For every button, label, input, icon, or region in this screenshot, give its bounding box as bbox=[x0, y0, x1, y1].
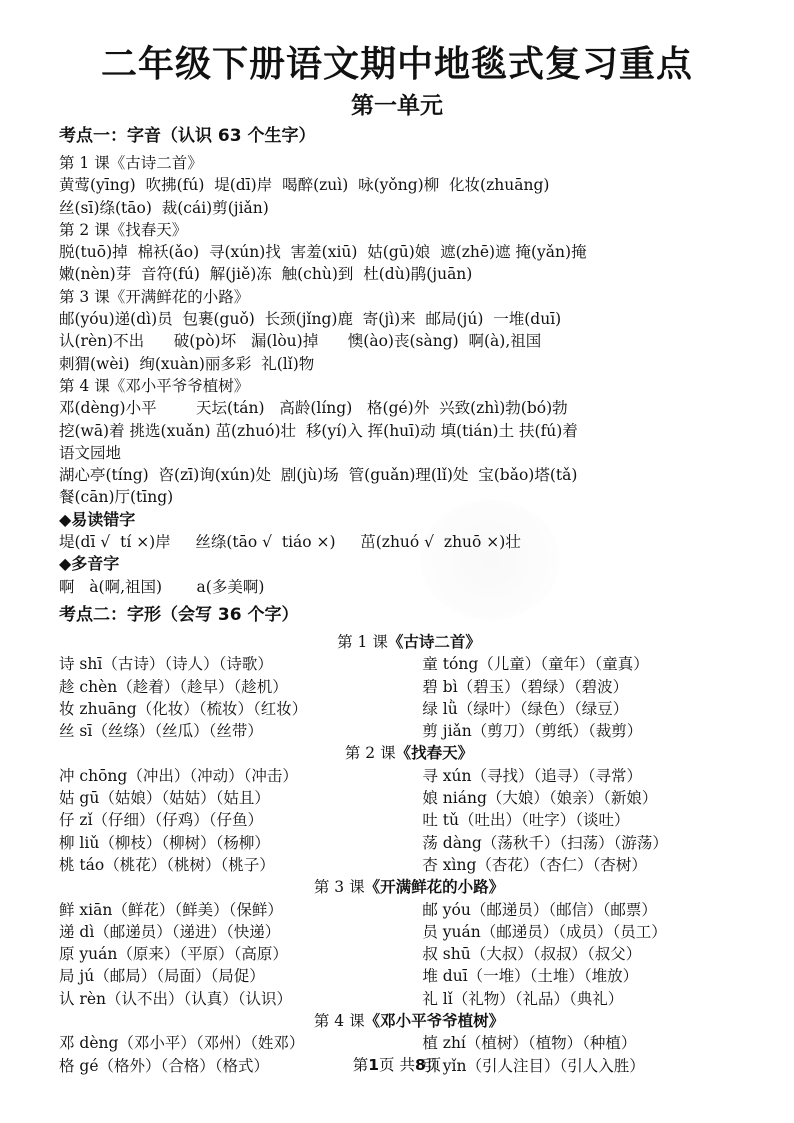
page-number: 1 bbox=[368, 1056, 379, 1074]
easy-misread-line: 堤(dī √ tí ×)岸 丝绦(tāo √ tiáo ×) 茁(zhuó √ … bbox=[59, 531, 759, 553]
word-entry: 丝 sī（丝绦）（丝瓜）（丝带） bbox=[59, 720, 422, 742]
word-entry: 寻 xún（寻找）（追寻）（寻常） bbox=[422, 765, 759, 787]
word-entry: 递 dì（邮递员）（递进）（快递） bbox=[59, 921, 422, 943]
pronunciation-line: 邓(dèng)小平 天坛(tán) 高龄(líng) 格(gé)外 兴致(zhì… bbox=[59, 397, 759, 419]
lesson-label: 第 1 课《古诗二首》 bbox=[59, 152, 759, 174]
word-entry: 礼 lǐ（礼物）（礼品）（典礼） bbox=[422, 988, 759, 1010]
pronunciation-line: 刺猬(wèi) 绚(xuàn)丽多彩 礼(lǐ)物 bbox=[59, 353, 759, 375]
word-entry: 剪 jiǎn（剪刀）（剪纸）（裁剪） bbox=[422, 720, 759, 742]
word-entry: 桃 táo（桃花）（桃树）（桃子） bbox=[59, 854, 422, 876]
word-row: 桃 táo（桃花）（桃树）（桃子）杏 xìng（杏花）（杏仁）（杏树） bbox=[59, 854, 759, 876]
pronunciation-section: 第 1 课《古诗二首》 黄莺(yīng) 吹拂(fú) 堤(dī)岸 喝醉(zu… bbox=[59, 152, 759, 598]
word-row: 趁 chèn（趁着）（趁早）（趁机）碧 bì（碧玉）（碧绿）（碧波） bbox=[59, 676, 759, 698]
word-entry: 仔 zǐ（仔细）（仔鸡）（仔鱼） bbox=[59, 809, 422, 831]
word-entry: 邓 dèng（邓小平）（邓州）（姓邓） bbox=[59, 1032, 422, 1054]
lesson-name: 《找春天》 bbox=[396, 744, 474, 762]
word-entry: 叔 shū（大叔）（叔叔）（叔父） bbox=[422, 943, 759, 965]
lesson-number: 第 1 课 bbox=[337, 633, 388, 651]
word-entry: 柳 liǔ（柳枝）（柳树）（杨柳） bbox=[59, 832, 422, 854]
word-entry: 童 tóng（儿童）（童年）（童真） bbox=[422, 653, 759, 675]
pronunciation-line: 挖(wā)着 挑选(xuǎn) 茁(zhuó)壮 移(yí)入 挥(huī)动 … bbox=[59, 420, 759, 442]
unit-title: 第一单元 bbox=[0, 89, 794, 123]
lesson-title: 第 3 课《开满鲜花的小路》 bbox=[59, 876, 759, 898]
word-entry: 荡 dàng（荡秋千）（扫荡）（游荡） bbox=[422, 832, 759, 854]
word-entry: 植 zhí（植树）（植物）（种植） bbox=[422, 1032, 759, 1054]
word-entry: 员 yuán（邮递员）（成员）（员工） bbox=[422, 921, 759, 943]
lesson-label: 第 4 课《邓小平爷爷植树》 bbox=[59, 375, 759, 397]
footer-text: 页 共 bbox=[379, 1056, 415, 1074]
lesson-name: 《邓小平爷爷植树》 bbox=[365, 1012, 505, 1030]
word-entry: 诗 shī（古诗）（诗人）（诗歌） bbox=[59, 653, 422, 675]
word-entry: 鲜 xiān（鲜花）（鲜美）（保鲜） bbox=[59, 899, 422, 921]
writing-section: 第 1 课《古诗二首》 诗 shī（古诗）（诗人）（诗歌）童 tóng（儿童）（… bbox=[59, 631, 759, 1077]
word-entry: 局 jú（邮局）（局面）（局促） bbox=[59, 965, 422, 987]
pronunciation-line: 邮(yóu)递(dì)员 包裹(guǒ) 长颈(jǐng)鹿 寄(jì)来 邮局… bbox=[59, 308, 759, 330]
footer-text: 页 bbox=[426, 1056, 442, 1074]
word-entry: 娘 niáng（大娘）（娘亲）（新娘） bbox=[422, 787, 759, 809]
word-entry: 原 yuán（原来）（平原）（高原） bbox=[59, 943, 422, 965]
pronunciation-line: 丝(sī)绦(tāo) 裁(cái)剪(jiǎn) bbox=[59, 197, 759, 219]
word-row: 妆 zhuāng（化妆）（梳妆）（红妆）绿 lǜ（绿叶）（绿色）（绿豆） bbox=[59, 698, 759, 720]
word-row: 递 dì（邮递员）（递进）（快递）员 yuán（邮递员）（成员）（员工） bbox=[59, 921, 759, 943]
word-row: 局 jú（邮局）（局面）（局促）堆 duī（一堆）（土堆）（堆放） bbox=[59, 965, 759, 987]
pronunciation-line: 餐(cān)厅(tīng) bbox=[59, 486, 759, 508]
lesson-title: 第 1 课《古诗二首》 bbox=[59, 631, 759, 653]
pronunciation-line: 认(rèn)不出 破(pò)坏 漏(lòu)掉 懊(ào)丧(sàng) 啊(à… bbox=[59, 330, 759, 352]
page-total: 8 bbox=[415, 1056, 426, 1074]
easy-misread-heading: ◆易读错字 bbox=[59, 509, 759, 531]
section-heading-writing: 考点二：字形（会写 36 个字） bbox=[59, 603, 299, 627]
word-entry: 堆 duī（一堆）（土堆）（堆放） bbox=[422, 965, 759, 987]
lesson-number: 第 2 课 bbox=[345, 744, 396, 762]
document-page: 二年级下册语文期中地毯式复习重点 第一单元 考点一：字音（认识 63 个生字） … bbox=[0, 0, 794, 1123]
word-entry: 姑 gū（姑娘）（姑姑）（姑且） bbox=[59, 787, 422, 809]
word-row: 柳 liǔ（柳枝）（柳树）（杨柳）荡 dàng（荡秋千）（扫荡）（游荡） bbox=[59, 832, 759, 854]
word-entry: 冲 chōng（冲出）（冲动）（冲击） bbox=[59, 765, 422, 787]
word-row: 原 yuán（原来）（平原）（高原）叔 shū（大叔）（叔叔）（叔父） bbox=[59, 943, 759, 965]
word-entry: 趁 chèn（趁着）（趁早）（趁机） bbox=[59, 676, 422, 698]
section-heading-pronunciation: 考点一：字音（认识 63 个生字） bbox=[59, 124, 316, 148]
lesson-label: 第 2 课《找春天》 bbox=[59, 219, 759, 241]
document-title: 二年级下册语文期中地毯式复习重点 bbox=[0, 40, 794, 90]
pronunciation-line: 黄莺(yīng) 吹拂(fú) 堤(dī)岸 喝醉(zuì) 咏(yǒng)柳 … bbox=[59, 174, 759, 196]
page-footer: 第1页 共8页 bbox=[0, 1053, 794, 1077]
lesson-label: 语文园地 bbox=[59, 442, 759, 464]
lesson-label: 第 3 课《开满鲜花的小路》 bbox=[59, 286, 759, 308]
word-row: 丝 sī（丝绦）（丝瓜）（丝带）剪 jiǎn（剪刀）（剪纸）（裁剪） bbox=[59, 720, 759, 742]
word-row: 冲 chōng（冲出）（冲动）（冲击）寻 xún（寻找）（追寻）（寻常） bbox=[59, 765, 759, 787]
polyphonic-line: 啊 à(啊,祖国) a(多美啊) bbox=[59, 576, 759, 598]
word-entry: 认 rèn（认不出）（认真）（认识） bbox=[59, 988, 422, 1010]
pronunciation-line: 脱(tuō)掉 棉袄(ǎo) 寻(xún)找 害羞(xiū) 姑(gū)娘 遮(… bbox=[59, 241, 759, 263]
word-row: 认 rèn（认不出）（认真）（认识）礼 lǐ（礼物）（礼品）（典礼） bbox=[59, 988, 759, 1010]
word-entry: 邮 yóu（邮递员）（邮信）（邮票） bbox=[422, 899, 759, 921]
lesson-name: 《开满鲜花的小路》 bbox=[365, 878, 505, 896]
word-entry: 绿 lǜ（绿叶）（绿色）（绿豆） bbox=[422, 698, 759, 720]
word-row: 仔 zǐ（仔细）（仔鸡）（仔鱼）吐 tǔ（吐出）（吐字）（谈吐） bbox=[59, 809, 759, 831]
lesson-title: 第 4 课《邓小平爷爷植树》 bbox=[59, 1010, 759, 1032]
word-row: 邓 dèng（邓小平）（邓州）（姓邓）植 zhí（植树）（植物）（种植） bbox=[59, 1032, 759, 1054]
pronunciation-line: 嫩(nèn)芽 音符(fú) 解(jiě)冻 触(chù)到 杜(dù)鹃(ju… bbox=[59, 263, 759, 285]
polyphonic-heading: ◆多音字 bbox=[59, 553, 759, 575]
lesson-number: 第 4 课 bbox=[314, 1012, 365, 1030]
word-row: 诗 shī（古诗）（诗人）（诗歌）童 tóng（儿童）（童年）（童真） bbox=[59, 653, 759, 675]
word-row: 鲜 xiān（鲜花）（鲜美）（保鲜）邮 yóu（邮递员）（邮信）（邮票） bbox=[59, 899, 759, 921]
word-entry: 妆 zhuāng（化妆）（梳妆）（红妆） bbox=[59, 698, 422, 720]
word-row: 姑 gū（姑娘）（姑姑）（姑且）娘 niáng（大娘）（娘亲）（新娘） bbox=[59, 787, 759, 809]
word-entry: 杏 xìng（杏花）（杏仁）（杏树） bbox=[422, 854, 759, 876]
footer-text: 第 bbox=[353, 1056, 369, 1074]
pronunciation-line: 湖心亭(tíng) 咨(zī)询(xún)处 剧(jù)场 管(guǎn)理(l… bbox=[59, 464, 759, 486]
lesson-title: 第 2 课《找春天》 bbox=[59, 742, 759, 764]
word-entry: 碧 bì（碧玉）（碧绿）（碧波） bbox=[422, 676, 759, 698]
lesson-number: 第 3 课 bbox=[314, 878, 365, 896]
lesson-name: 《古诗二首》 bbox=[388, 633, 481, 651]
word-entry: 吐 tǔ（吐出）（吐字）（谈吐） bbox=[422, 809, 759, 831]
